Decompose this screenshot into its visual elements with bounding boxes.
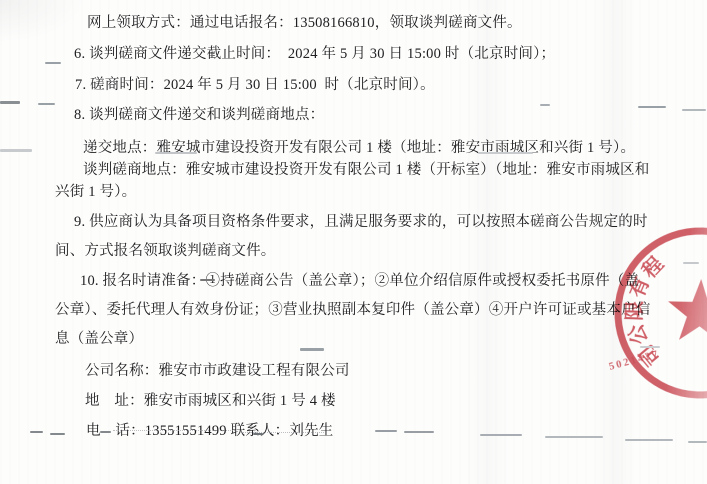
doc-line-pickup-method: 网上领取方式：通过电话报名：13508166810，领取谈判磋商文件。 bbox=[87, 14, 522, 32]
doc-line-item8-location-title: 8. 谈判磋商文件递交和谈判磋商地点： bbox=[74, 106, 324, 124]
doc-line-item10-wrap2: 息（盖公章） bbox=[55, 330, 143, 348]
scan-artifact bbox=[404, 431, 434, 433]
doc-line-item10-wrap1: 公章）、委托代理人有效身份证；③营业执照副本复印件（盖公章）④开户许可证或基本户… bbox=[55, 301, 650, 319]
seal-serial-number: 5021427 bbox=[608, 349, 661, 373]
star-icon bbox=[667, 278, 707, 342]
scan-artifact bbox=[640, 346, 660, 348]
seal-char: 公 bbox=[624, 320, 653, 347]
scan-artifact bbox=[638, 106, 666, 108]
scan-artifact bbox=[545, 436, 603, 438]
scan-artifact bbox=[45, 62, 61, 64]
doc-line-item10-materials: 10. 报名时请准备：①持磋商公告（盖公章）；②单位介绍信原件或授权委托书原件（… bbox=[80, 272, 639, 290]
scan-artifact bbox=[300, 348, 324, 351]
scan-artifact bbox=[682, 109, 706, 111]
scan-artifact bbox=[30, 431, 43, 433]
scan-artifact bbox=[38, 103, 55, 105]
doc-line-item9-supplier: 9. 供应商认为具备项目资格条件要求，且满足服务要求的，可以按照本磋商公告规定的… bbox=[74, 213, 648, 231]
doc-line-company-name: 公司名称：雅安市市政建设工程有限公司 bbox=[85, 362, 350, 380]
scanned-document-page: 网上领取方式：通过电话报名：13508166810，领取谈判磋商文件。 6. 谈… bbox=[0, 0, 707, 484]
scan-artifact bbox=[0, 149, 32, 152]
scan-artifact bbox=[683, 262, 699, 264]
scan-artifact bbox=[50, 433, 65, 435]
doc-line-item6-deadline: 6. 谈判磋商文件递交截止时间： 2024 年 5 月 30 日 15:00 时… bbox=[74, 45, 555, 63]
seal-char: 司 bbox=[635, 340, 665, 370]
scan-artifact bbox=[625, 439, 673, 441]
doc-line-negotiation-location: 谈判磋商地点：雅安城市建设投资开发有限公司 1 楼（开标室）（地址：雅安市雨城区… bbox=[83, 161, 649, 179]
scan-artifact bbox=[540, 104, 550, 106]
seal-char: 程 bbox=[638, 252, 668, 282]
doc-line-submit-location: 递交地点：雅安城市建设投资开发有限公司 1 楼（地址：雅安市雨城区和兴街 1 号… bbox=[83, 139, 635, 157]
doc-line-company-address: 地 址：雅安市雨城区和兴街 1 号 4 楼 bbox=[85, 392, 336, 410]
scan-artifact bbox=[0, 101, 20, 104]
scan-artifact bbox=[375, 430, 397, 432]
scan-artifact bbox=[688, 441, 707, 443]
doc-line-company-phone: 电 话：13551551499 联系人：刘先生 bbox=[86, 422, 333, 440]
doc-line-location-wrap: 兴街 1 号）。 bbox=[55, 183, 136, 201]
doc-line-item7-time: 7. 磋商时间：2024 年 5 月 30 日 15:00 时（北京时间）。 bbox=[75, 76, 435, 94]
scan-artifact bbox=[480, 434, 522, 436]
doc-line-item9-wrap: 间、方式报名领取谈判磋商文件。 bbox=[55, 242, 276, 260]
